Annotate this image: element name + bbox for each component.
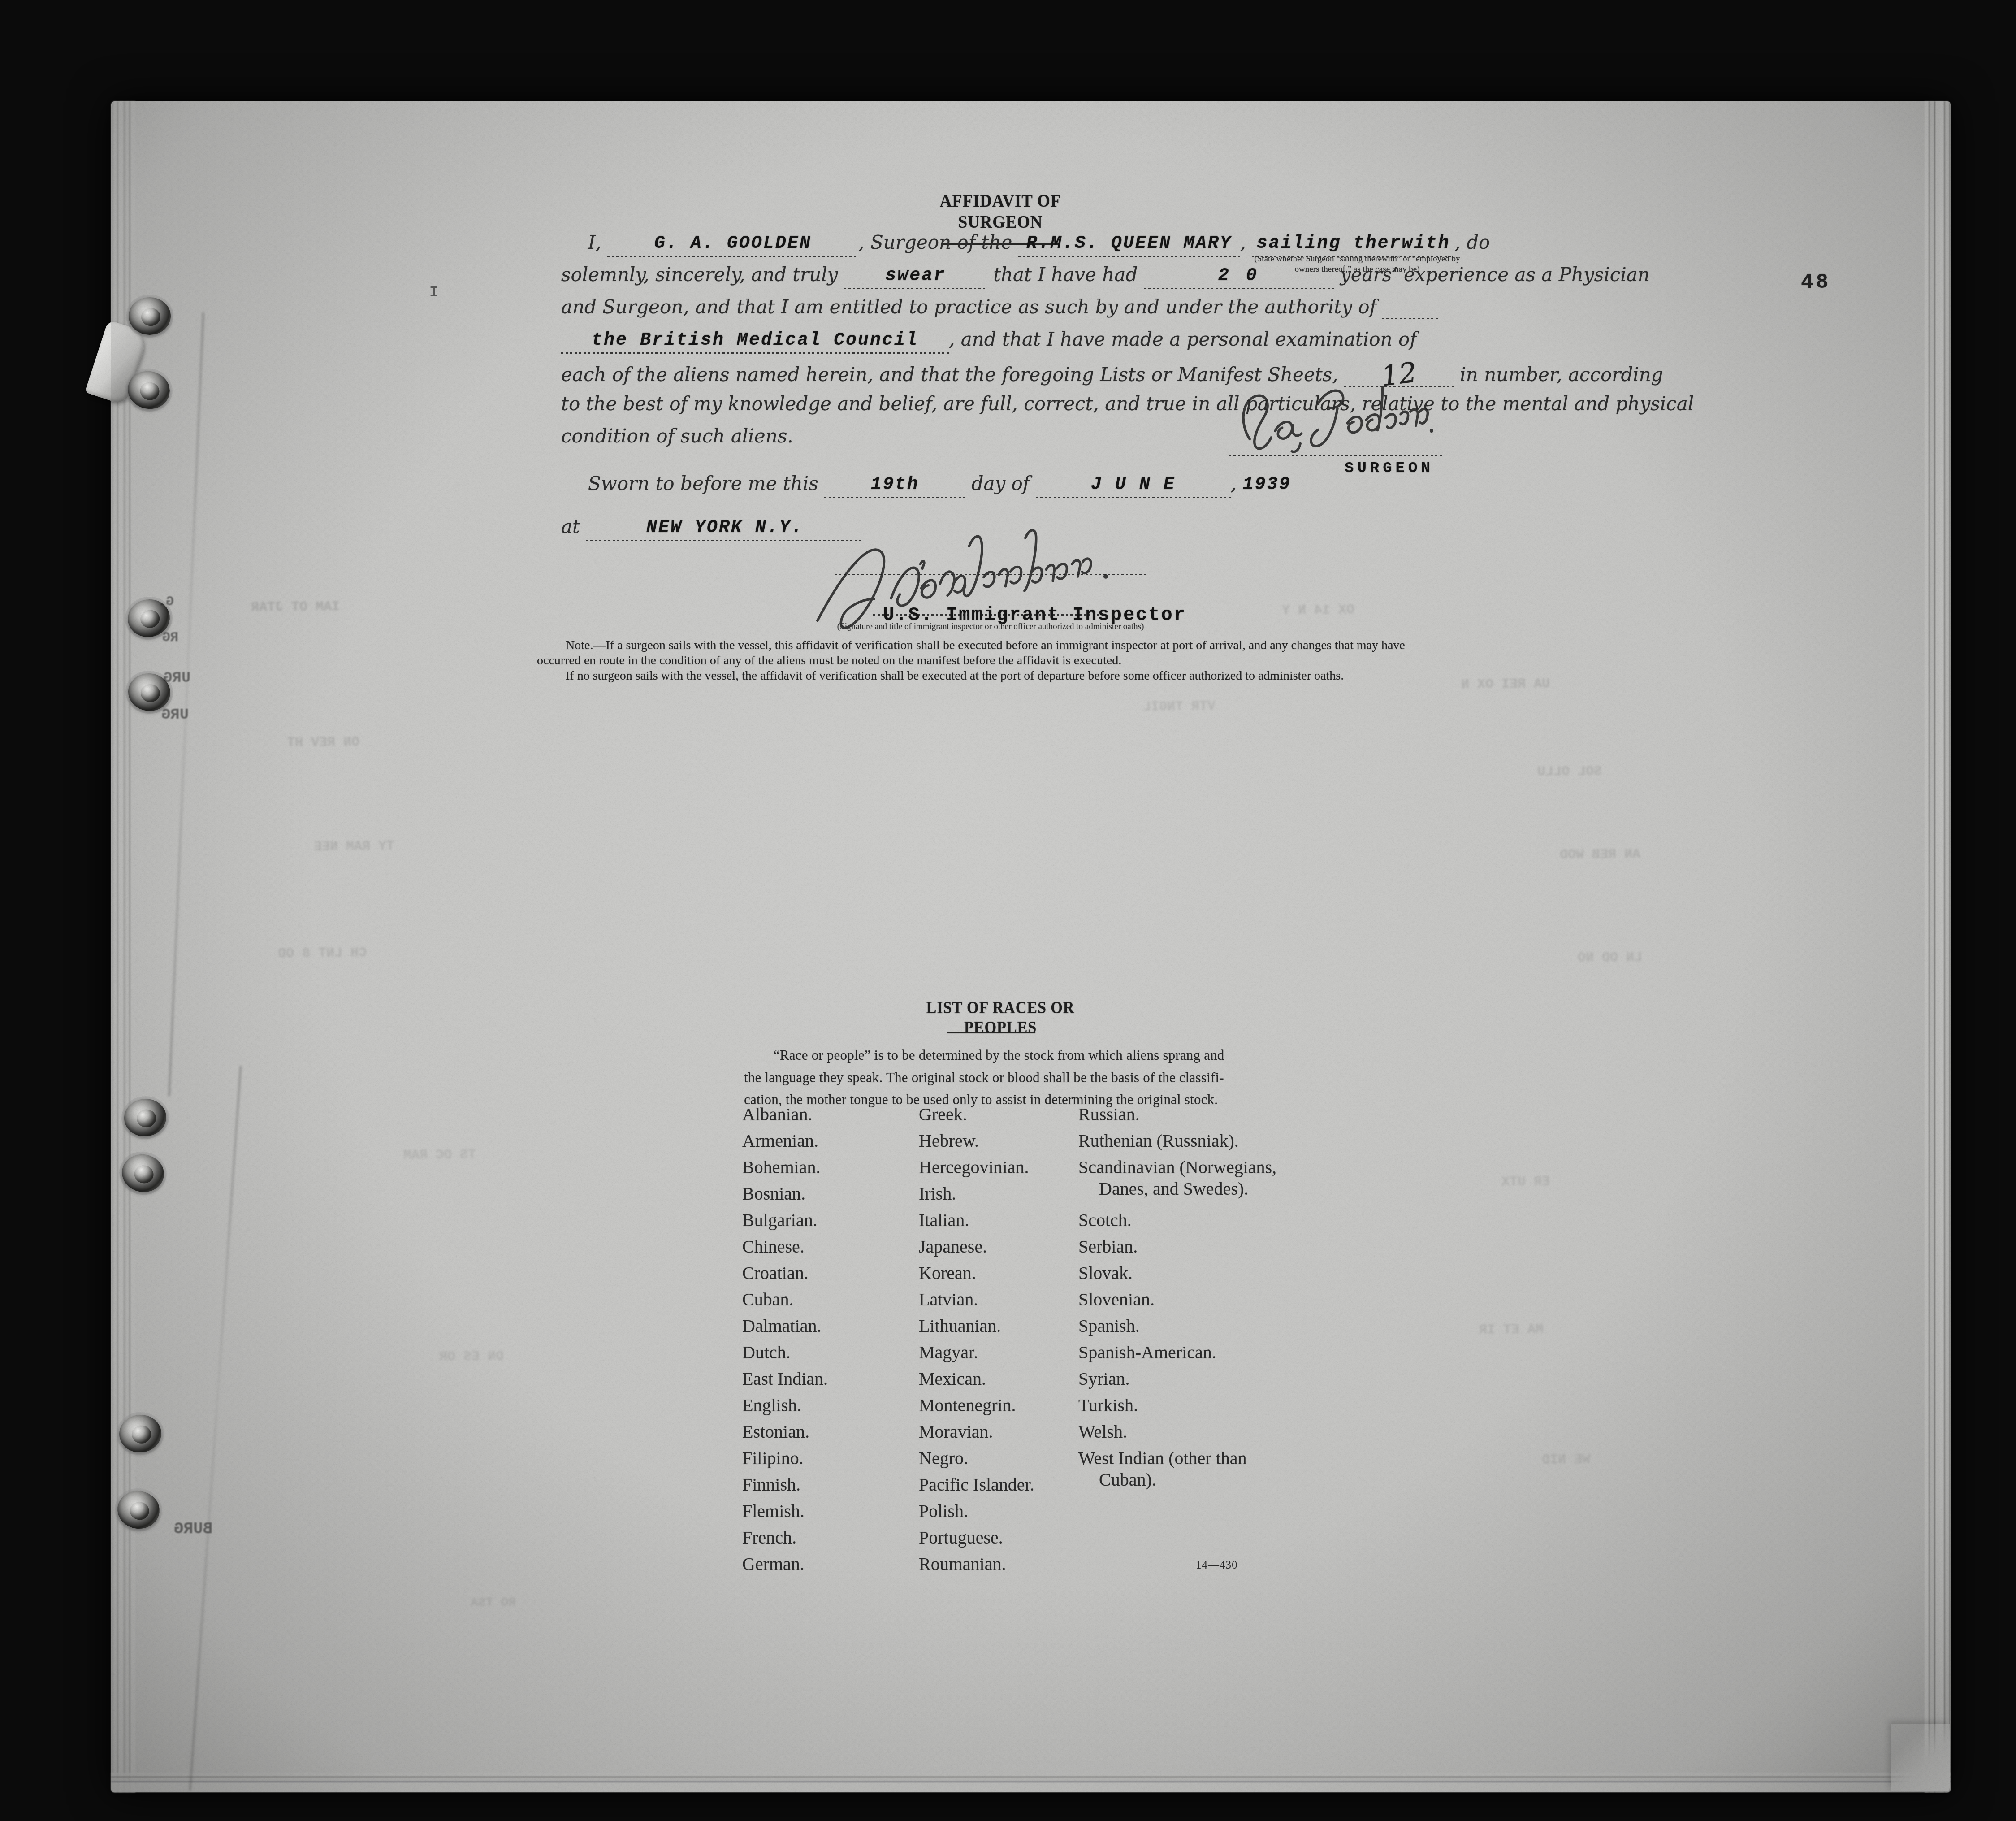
years-value: 2 0 [1218, 266, 1260, 286]
race-item: Bohemian. [742, 1157, 828, 1183]
bleedthrough-line: VTR TNGIL [1143, 699, 1216, 715]
sworn-comma: , [1231, 473, 1237, 494]
swear-value: swear [885, 266, 946, 286]
line1-comma: , [1240, 231, 1246, 253]
race-item: French. [742, 1527, 828, 1553]
vessel-field: R.M.S. QUEEN MARY [1018, 230, 1240, 257]
race-item: Spanish-American. [1078, 1342, 1276, 1368]
affidavit-line-4: the British Medical Council, and that I … [561, 327, 1417, 354]
race-item: Lithuanian. [919, 1315, 1034, 1342]
races-column-3: Russian.Ruthenian (Russniak).Scandinavia… [1078, 1104, 1276, 1500]
race-item: Pacific Islander. [919, 1474, 1034, 1500]
affidavit-line-1: I, G. A. GOOLDEN, Surgeon of the R.M.S. … [588, 230, 1490, 257]
bleedthrough-line: DN ES OR [439, 1349, 504, 1365]
line5-post: in number, according [1460, 364, 1663, 386]
race-item: Moravian. [919, 1421, 1034, 1448]
line2-post: years’ experience as a Physician [1340, 264, 1650, 286]
race-item: Spanish. [1078, 1315, 1276, 1342]
race-item: Ruthenian (Russniak). [1078, 1130, 1276, 1157]
bleedthrough-line: OX 14 N Y [1282, 603, 1354, 618]
vessel-value: R.M.S. QUEEN MARY [1026, 234, 1232, 254]
bleedthrough-line: UA REI OX N [1461, 676, 1550, 693]
mirrored-bleedthrough-token: BURG [174, 1520, 212, 1538]
bleedthrough-line: RO TSA [471, 1596, 516, 1610]
sworn-day-field: 19th [824, 472, 965, 498]
race-item: Italian. [919, 1210, 1034, 1236]
scanned-document-page: 48 AFFIDAVIT OF SURGEON I, G. A. GOOLDEN… [0, 0, 2016, 1821]
race-item: Flemish. [742, 1500, 828, 1527]
bleedthrough-line: ER UTX [1501, 1175, 1550, 1190]
note-line-2: occurred en route in the condition of an… [537, 654, 1121, 668]
race-item: German. [742, 1553, 828, 1580]
mirrored-bleedthrough-token: G. [158, 594, 174, 610]
sworn-pre: Sworn to before me this [588, 473, 818, 494]
page-stack-bottom-edge [111, 1773, 1951, 1792]
race-item: Cuban. [742, 1289, 828, 1315]
race-item: Dalmatian. [742, 1315, 828, 1342]
race-item: Bosnian. [742, 1183, 828, 1210]
swear-field: swear [844, 263, 987, 289]
race-item: Polish. [919, 1500, 1034, 1527]
note-line-3: If no surgeon sails with the vessel, the… [566, 669, 1344, 683]
race-item: Filipino. [742, 1448, 828, 1474]
races-column-1: Albanian.Armenian.Bohemian.Bosnian.Bulga… [742, 1104, 828, 1580]
race-item: Greek. [919, 1104, 1034, 1130]
bleedthrough-line: TS OC RAM [403, 1147, 476, 1163]
bleedthrough-line: TY RAM NEE [314, 839, 394, 855]
authority-field: the British Medical Council [561, 327, 949, 354]
line3-text: and Surgeon, and that I am entitled to p… [561, 295, 1376, 319]
line7-text: condition of such aliens. [561, 425, 793, 447]
race-item: Dutch. [742, 1342, 828, 1368]
corner-curl [1891, 1724, 1950, 1791]
mirrored-bleedthrough-token: URG [163, 670, 190, 687]
races-intro-2: the language they speak. The original st… [744, 1070, 1224, 1086]
races-column-2: Greek.Hebrew.Hercegovinian.Irish.Italian… [919, 1104, 1034, 1580]
authority-blank-trailing [1382, 295, 1439, 319]
page-stack-right-edge [1925, 101, 1951, 1792]
race-item: Portuguese. [919, 1527, 1034, 1553]
races-heading: LIST OF RACES OR PEOPLES [917, 998, 1084, 1037]
affidavit-line-7: condition of such aliens. [561, 424, 793, 448]
stray-typed-mark: I [429, 284, 438, 301]
race-item: Bulgarian. [742, 1210, 828, 1236]
race-item: Syrian. [1078, 1368, 1276, 1395]
inspector-footnote: (Signature and title of immigrant inspec… [816, 621, 1165, 632]
race-item: English. [742, 1395, 828, 1421]
line5-pre: each of the aliens named herein, and tha… [561, 364, 1338, 386]
line1-pre: I, [588, 231, 601, 253]
bleedthrough-line: ON REV HT [287, 735, 359, 750]
races-intro-1: “Race or people” is to be determined by … [774, 1047, 1224, 1063]
race-item: Korean. [919, 1262, 1034, 1289]
paper-crease [189, 1066, 242, 1791]
years-field: 2 0 [1144, 263, 1334, 289]
sworn-day-value: 19th [871, 475, 919, 495]
bleedthrough-line: CH LNT 8 OD [278, 945, 367, 962]
race-item: Serbian. [1078, 1236, 1276, 1262]
inspector-title-line [873, 614, 1106, 616]
authority-value: the British Medical Council [592, 330, 918, 351]
bleedthrough-line: WE NID [1542, 1452, 1590, 1468]
race-item: Albanian. [742, 1104, 828, 1130]
mirrored-bleedthrough-token: URG [161, 707, 189, 724]
sailing-status-field: sailing therwith [1252, 230, 1454, 257]
race-item: Japanese. [919, 1236, 1034, 1262]
form-number: 14—430 [1196, 1559, 1238, 1572]
race-item: Armenian. [742, 1130, 828, 1157]
race-item: Estonian. [742, 1421, 828, 1448]
surgeon-name-value: G. A. GOOLDEN [654, 234, 812, 254]
race-item: Roumanian. [919, 1553, 1034, 1580]
race-item: Chinese. [742, 1236, 828, 1262]
inspector-signature-line [835, 574, 1148, 575]
mirrored-bleedthrough-token: RG [162, 630, 178, 646]
affidavit-line-6: to the best of my knowledge and belief, … [561, 392, 1694, 416]
line2-mid: that I have had [993, 264, 1138, 286]
surgeon-signature-line [1229, 455, 1443, 456]
bleedthrough-line: MA ET IR [1479, 1322, 1544, 1338]
affidavit-line-5: each of the aliens named herein, and tha… [561, 360, 1663, 387]
brass-grommet [129, 297, 171, 335]
race-item: Turkish. [1078, 1395, 1276, 1421]
race-item: Latvian. [919, 1289, 1034, 1315]
race-item: Hebrew. [919, 1130, 1034, 1157]
race-item: Hercegovinian. [919, 1157, 1034, 1183]
race-item: Scandinavian (Norwegians,Danes, and Swed… [1078, 1157, 1276, 1210]
race-item: East Indian. [742, 1368, 828, 1395]
bleedthrough-line: SOL OLLU [1537, 764, 1602, 780]
sailing-status-value: sailing therwith [1256, 234, 1450, 254]
sworn-month-value: J U N E [1091, 475, 1176, 495]
bleedthrough-line: IAM OT JTAR [251, 599, 340, 616]
sworn-mid: day of [972, 473, 1030, 494]
line1-mid: , Surgeon of the [858, 231, 1012, 253]
race-item: Slovak. [1078, 1262, 1276, 1289]
race-item: West Indian (other thanCuban). [1078, 1448, 1276, 1500]
note-line-1: Note.—If a surgeon sails with the vessel… [566, 638, 1405, 653]
race-item: Irish. [919, 1183, 1034, 1210]
race-item: Finnish. [742, 1474, 828, 1500]
paper-crease [168, 312, 204, 1097]
race-item: Mexican. [919, 1368, 1034, 1395]
bleedthrough-line: AN REB WOD [1560, 847, 1640, 863]
races-rule [947, 1032, 1035, 1033]
race-item: Magyar. [919, 1342, 1034, 1368]
at-label: at [561, 516, 580, 538]
race-item: Scotch. [1078, 1210, 1276, 1236]
line6-text: to the best of my knowledge and belief, … [561, 393, 1694, 415]
affidavit-line-3: and Surgeon, and that I am entitled to p… [561, 295, 1439, 319]
race-item: Slovenian. [1078, 1289, 1276, 1315]
race-item: Croatian. [742, 1262, 828, 1289]
sailing-footnote-line1: (State whether Surgeon “sailing therewit… [1254, 254, 1460, 264]
race-item: Montenegrin. [919, 1395, 1034, 1421]
document-title: AFFIDAVIT OF SURGEON [915, 190, 1086, 232]
sworn-year-value: 1939 [1242, 475, 1291, 495]
race-item: Negro. [919, 1448, 1034, 1474]
bleedthrough-line: LN OD NO [1578, 950, 1642, 966]
line2-pre: solemnly, sincerely, and truly [561, 264, 838, 286]
surgeon-label: SURGEON [1345, 460, 2016, 477]
surgeon-name-field: G. A. GOOLDEN [607, 230, 858, 257]
race-item: Russian. [1078, 1104, 1276, 1130]
line4-post: , and that I have made a personal examin… [949, 328, 1417, 350]
race-item: Welsh. [1078, 1421, 1276, 1448]
sworn-month-field: J U N E [1036, 472, 1231, 498]
line1-post: , do [1454, 231, 1490, 253]
affidavit-line-2: solemnly, sincerely, and truly swear tha… [561, 263, 1650, 289]
sworn-line: Sworn to before me this 19th day of J U … [588, 472, 1291, 498]
page-number-stamp: 48 [1801, 271, 1831, 294]
